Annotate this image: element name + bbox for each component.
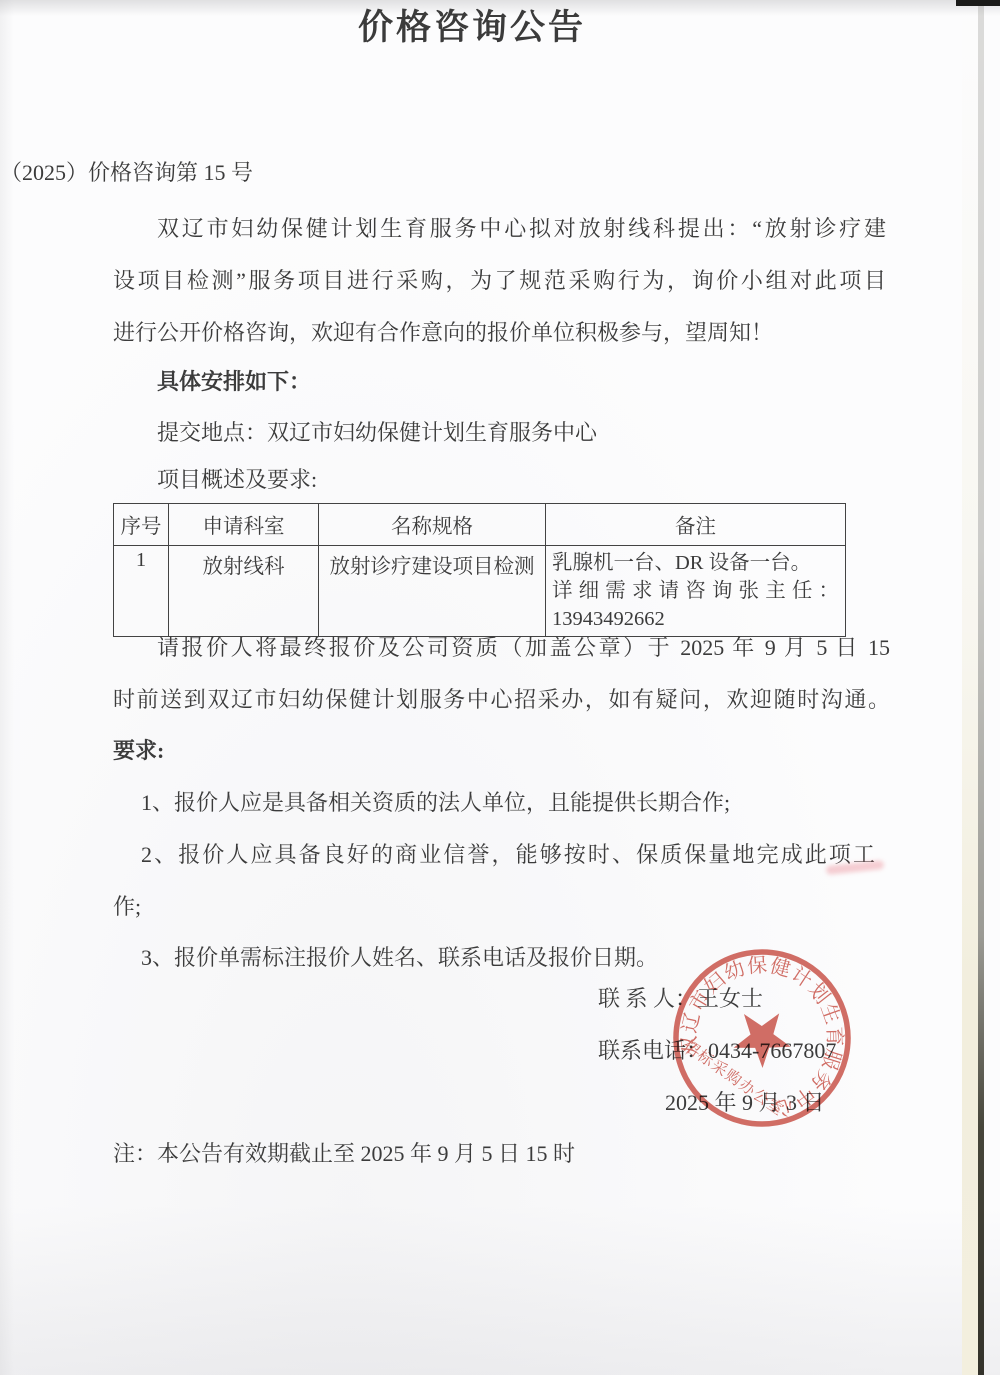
arrangement-heading: 具体安排如下：	[157, 367, 311, 397]
remark-line-3: 13943492662	[552, 605, 839, 633]
document-number: （2025）价格咨询第 15 号	[0, 158, 253, 188]
header-remarks: 备注	[546, 504, 846, 546]
remark-line-2: 详细需求请咨询张主任：	[552, 577, 839, 605]
contact-phone-line: 联系电话：0434-7667807	[598, 1036, 836, 1066]
requirements-heading: 要求:	[113, 736, 164, 766]
intro-paragraph-line-1: 双辽市妇幼保健计划生育服务中心拟对放射线科提出：“放射诊疗建	[157, 214, 886, 244]
requirement-item-3: 3、报价单需标注报价人姓名、联系电话及报价日期。	[141, 943, 658, 973]
requirement-item-2-line-1: 2、报价人应具备良好的商业信誉，能够按时、保质保量地完成此项工	[141, 840, 875, 870]
cell-name-spec: 放射诊疗建设项目检测	[319, 546, 546, 637]
remark-line-1: 乳腺机一台、DR 设备一台。	[552, 549, 839, 577]
intro-paragraph-line-3: 进行公开价格咨询，欢迎有合作意向的报价单位积极参与，望周知！	[113, 318, 886, 348]
requirement-item-2-line-2: 作;	[113, 892, 141, 922]
cell-department: 放射线科	[169, 546, 319, 637]
signature-date: 2025 年 9 月 3 日	[665, 1088, 825, 1118]
cell-serial-no: 1	[114, 546, 169, 637]
validity-note: 注：本公告有效期截止至 2025 年 9 月 5 日 15 时	[113, 1139, 575, 1169]
header-serial-no: 序号	[114, 504, 169, 546]
intro-paragraph-line-2: 设项目检测”服务项目进行采购，为了规范采购行为，询价小组对此项目	[113, 266, 886, 296]
scan-page-edge-shadow-line	[978, 0, 984, 1375]
overview-heading: 项目概述及要求:	[157, 465, 317, 495]
cell-remarks: 乳腺机一台、DR 设备一台。 详细需求请咨询张主任： 13943492662	[546, 546, 846, 637]
scan-page-edge-strip	[962, 0, 978, 1375]
contact-person-line: 联 系 人：王女士	[598, 984, 763, 1014]
project-spec-table: 序号 申请科室 名称规格 备注 1 放射线科 放射诊疗建设项目检测 乳腺机一台、…	[113, 503, 846, 637]
deadline-paragraph-line-1: 请报价人将最终报价及公司资质（加盖公章）于 2025 年 9 月 5 日 15	[157, 633, 890, 663]
scan-corner-mark	[956, 0, 1000, 6]
deadline-paragraph-line-2: 时前送到双辽市妇幼保健计划服务中心招采办，如有疑问，欢迎随时沟通。	[113, 685, 890, 715]
table-row: 1 放射线科 放射诊疗建设项目检测 乳腺机一台、DR 设备一台。 详细需求请咨询…	[114, 546, 846, 637]
requirement-item-1: 1、报价人应是具备相关资质的法人单位，且能提供长期合作;	[141, 788, 730, 818]
document-title: 价格咨询公告	[0, 0, 944, 50]
table-header-row: 序号 申请科室 名称规格 备注	[114, 504, 846, 546]
submit-location-line: 提交地点：双辽市妇幼保健计划生育服务中心	[157, 418, 597, 448]
header-name-spec: 名称规格	[319, 504, 546, 546]
scanned-document-page: 价格咨询公告 （2025）价格咨询第 15 号 双辽市妇幼保健计划生育服务中心拟…	[0, 0, 1000, 1375]
header-department: 申请科室	[169, 504, 319, 546]
